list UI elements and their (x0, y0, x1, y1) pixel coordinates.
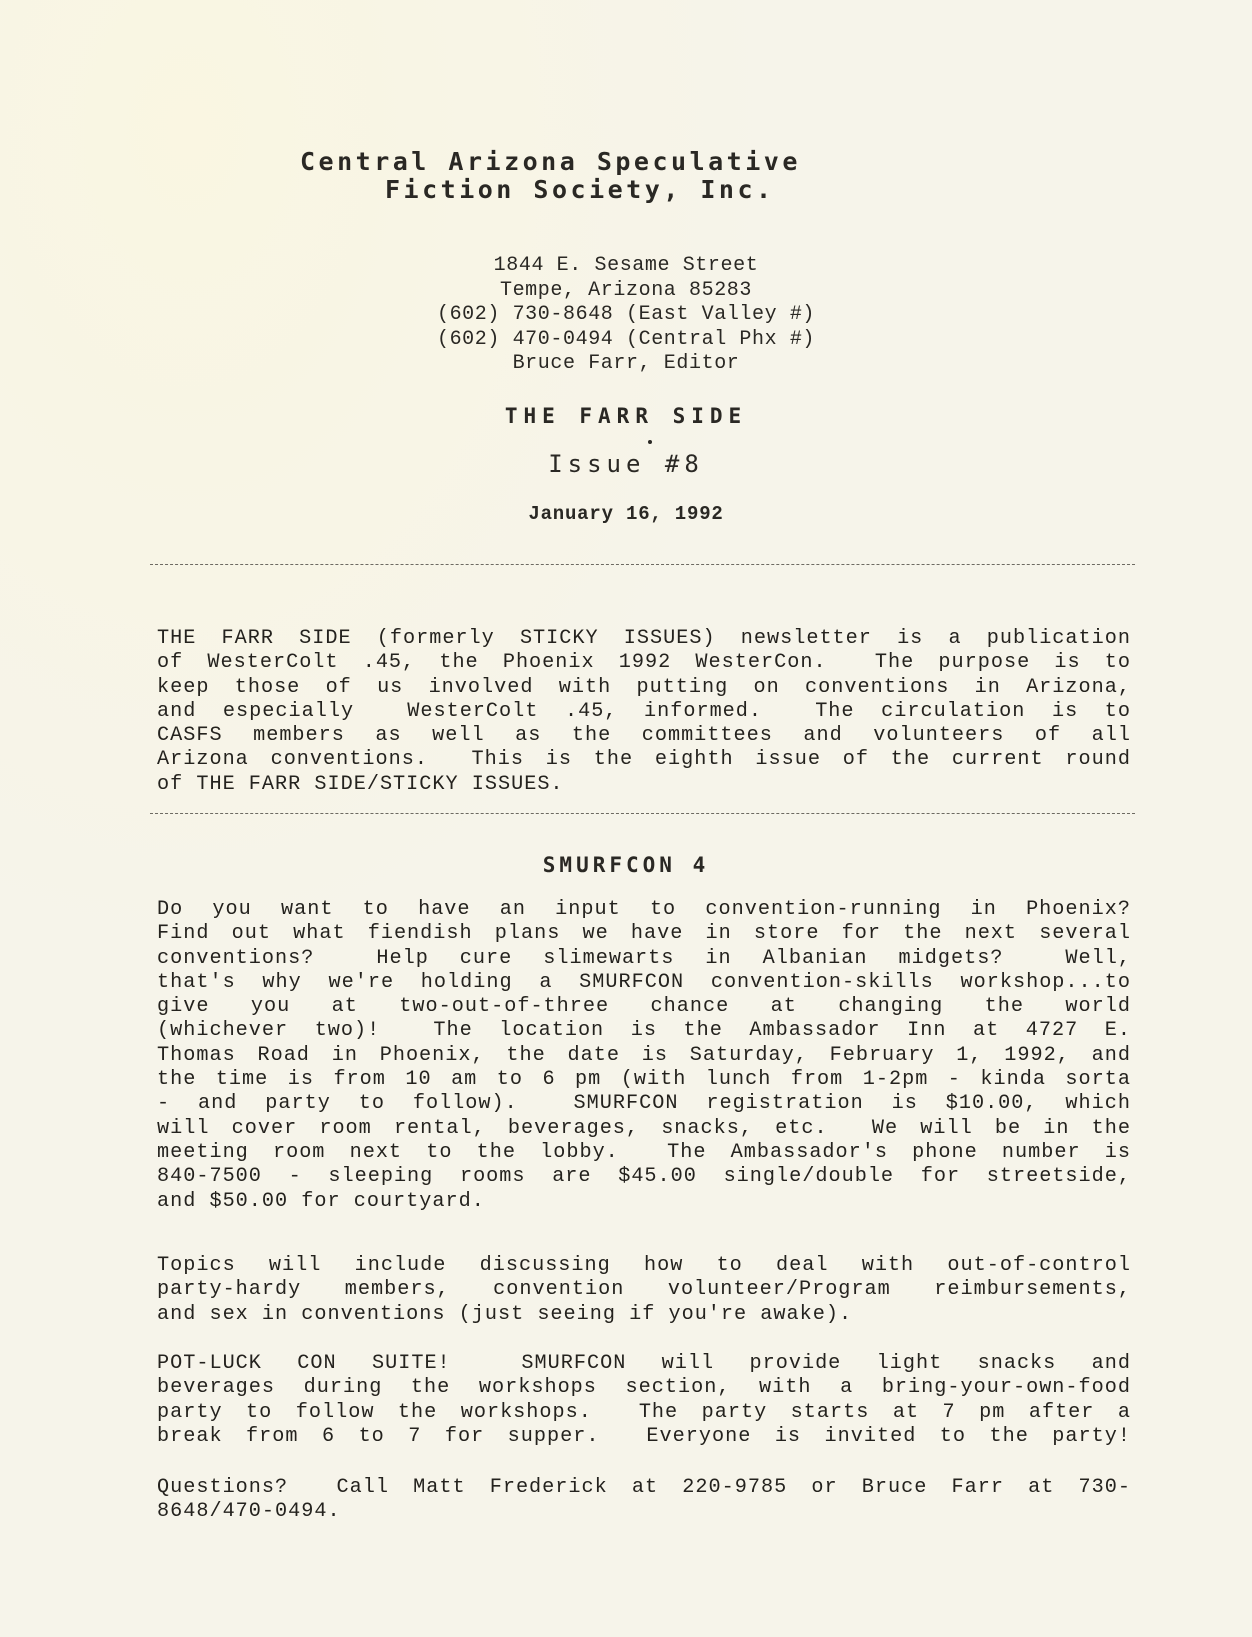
text-line: of WesterColt .45, the Phoenix 1992 West… (157, 651, 1131, 675)
text-line: the time is from 10 am to 6 pm (with lun… (157, 1068, 1131, 1092)
newsletter-page: Central Arizona Speculative Fiction Soci… (0, 0, 1252, 1637)
text-line: Topics will include discussing how to de… (157, 1254, 1131, 1278)
organization-name-line-2: Fiction Society, Inc. (300, 176, 1100, 204)
issue-number: Issue #8 (300, 450, 952, 478)
phone-east-valley: (602) 730-8648 (East Valley #) (300, 303, 952, 328)
text-line: Thomas Road in Phoenix, the date is Satu… (157, 1044, 1131, 1068)
text-line: 8648/470-0494. (157, 1500, 1131, 1524)
text-line: Do you want to have an input to conventi… (157, 898, 1131, 922)
text-line: meeting room next to the lobby. The Amba… (157, 1141, 1131, 1165)
text-line: Find out what fiendish plans we have in … (157, 922, 1131, 946)
text-line: - and party to follow). SMURFCON registr… (157, 1092, 1131, 1116)
contact-address-block: 1844 E. Sesame Street Tempe, Arizona 852… (300, 254, 952, 377)
text-line: will cover room rental, beverages, snack… (157, 1117, 1131, 1141)
publication-title: THE FARR SIDE (300, 404, 952, 428)
text-line: Arizona conventions. This is the eighth … (157, 748, 1131, 772)
address-street: 1844 E. Sesame Street (300, 254, 952, 279)
smurfcon-details-paragraph: Do you want to have an input to conventi… (157, 898, 1131, 1214)
text-line: CASFS members as well as the committees … (157, 724, 1131, 748)
address-city: Tempe, Arizona 85283 (300, 279, 952, 304)
bullet-dot-icon (648, 440, 652, 444)
organization-name-line-1: Central Arizona Speculative (300, 148, 1100, 176)
text-line: party to follow the workshops. The party… (157, 1401, 1131, 1425)
text-line: POT-LUCK CON SUITE! SMURFCON will provid… (157, 1352, 1131, 1376)
divider-top (150, 564, 1135, 565)
organization-name: Central Arizona Speculative Fiction Soci… (300, 148, 1100, 204)
text-line: conventions? Help cure slimewarts in Alb… (157, 947, 1131, 971)
text-line: of THE FARR SIDE/STICKY ISSUES. (157, 773, 1131, 797)
text-line: and sex in conventions (just seeing if y… (157, 1303, 1131, 1327)
text-line: Questions? Call Matt Frederick at 220-97… (157, 1476, 1131, 1500)
editor-credit: Bruce Farr, Editor (300, 352, 952, 377)
issue-date: January 16, 1992 (300, 503, 952, 525)
text-line: break from 6 to 7 for supper. Everyone i… (157, 1425, 1131, 1449)
text-line: (whichever two)! The location is the Amb… (157, 1019, 1131, 1043)
section-heading: SMURFCON 4 (300, 853, 952, 877)
phone-central-phx: (602) 470-0494 (Central Phx #) (300, 328, 952, 353)
text-line: that's why we're holding a SMURFCON conv… (157, 971, 1131, 995)
divider-middle (150, 813, 1135, 814)
intro-paragraph: THE FARR SIDE (formerly STICKY ISSUES) n… (157, 627, 1131, 797)
con-suite-paragraph: POT-LUCK CON SUITE! SMURFCON will provid… (157, 1352, 1131, 1449)
text-line: party-hardy members, convention voluntee… (157, 1278, 1131, 1302)
text-line: 840-7500 - sleeping rooms are $45.00 sin… (157, 1165, 1131, 1189)
text-line: and especially WesterColt .45, informed.… (157, 700, 1131, 724)
text-line: THE FARR SIDE (formerly STICKY ISSUES) n… (157, 627, 1131, 651)
text-line: give you at two-out-of-three chance at c… (157, 995, 1131, 1019)
topics-paragraph: Topics will include discussing how to de… (157, 1254, 1131, 1327)
questions-paragraph: Questions? Call Matt Frederick at 220-97… (157, 1476, 1131, 1525)
text-line: keep those of us involved with putting o… (157, 676, 1131, 700)
text-line: beverages during the workshops section, … (157, 1376, 1131, 1400)
text-line: and $50.00 for courtyard. (157, 1190, 1131, 1214)
